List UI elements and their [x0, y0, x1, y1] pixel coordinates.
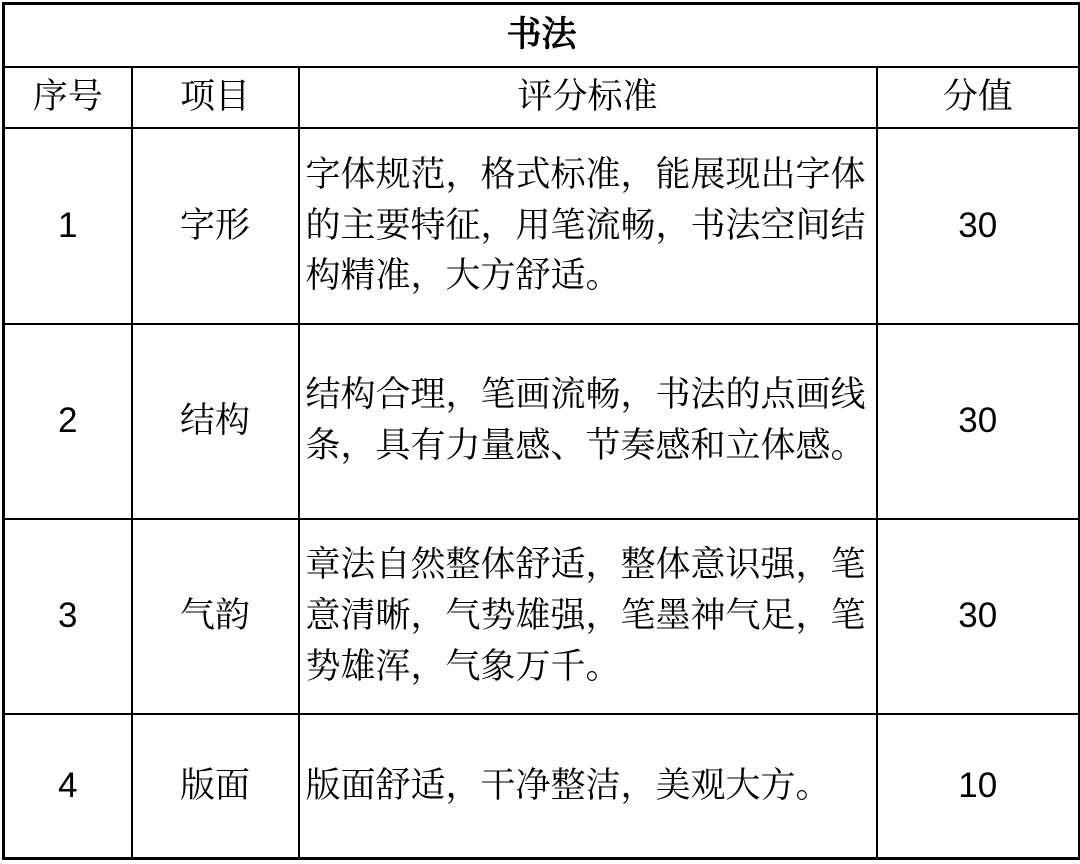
- col-header-item: 项目: [132, 67, 299, 129]
- header-row: 序号 项目 评分标准 分值: [4, 67, 1080, 129]
- row-criteria: 章法自然整体舒适，整体意识强，笔意清晰，气势雄强，笔墨神气足，笔势雄浑，气象万千…: [299, 519, 877, 714]
- rubric-table: 书法 序号 项目 评分标准 分值 1 字形 字体规范，格式标准，能展现出字体的主…: [2, 2, 1080, 860]
- row-criteria: 结构合理，笔画流畅，书法的点画线条，具有力量感、节奏感和立体感。: [299, 324, 877, 519]
- col-header-score: 分值: [877, 67, 1080, 129]
- table-row: 3 气韵 章法自然整体舒适，整体意识强，笔意清晰，气势雄强，笔墨神气足，笔势雄浑…: [4, 519, 1080, 714]
- document-page: 书法 序号 项目 评分标准 分值 1 字形 字体规范，格式标准，能展现出字体的主…: [0, 0, 1080, 864]
- title-row: 书法: [4, 4, 1080, 67]
- col-header-no: 序号: [4, 67, 132, 129]
- table-row: 2 结构 结构合理，笔画流畅，书法的点画线条，具有力量感、节奏感和立体感。 30: [4, 324, 1080, 519]
- row-item: 版面: [132, 714, 299, 858]
- row-no: 4: [4, 714, 132, 858]
- row-criteria: 字体规范，格式标准，能展现出字体的主要特征，用笔流畅，书法空间结构精准，大方舒适…: [299, 128, 877, 323]
- table-title: 书法: [4, 4, 1080, 67]
- row-score: 30: [877, 324, 1080, 519]
- row-item: 气韵: [132, 519, 299, 714]
- table-row: 1 字形 字体规范，格式标准，能展现出字体的主要特征，用笔流畅，书法空间结构精准…: [4, 128, 1080, 323]
- row-item: 结构: [132, 324, 299, 519]
- row-no: 2: [4, 324, 132, 519]
- row-score: 30: [877, 128, 1080, 323]
- table-row: 4 版面 版面舒适，干净整洁，美观大方。 10: [4, 714, 1080, 858]
- row-no: 3: [4, 519, 132, 714]
- col-header-criteria: 评分标准: [299, 67, 877, 129]
- row-score: 10: [877, 714, 1080, 858]
- row-item: 字形: [132, 128, 299, 323]
- row-criteria: 版面舒适，干净整洁，美观大方。: [299, 714, 877, 858]
- row-no: 1: [4, 128, 132, 323]
- row-score: 30: [877, 519, 1080, 714]
